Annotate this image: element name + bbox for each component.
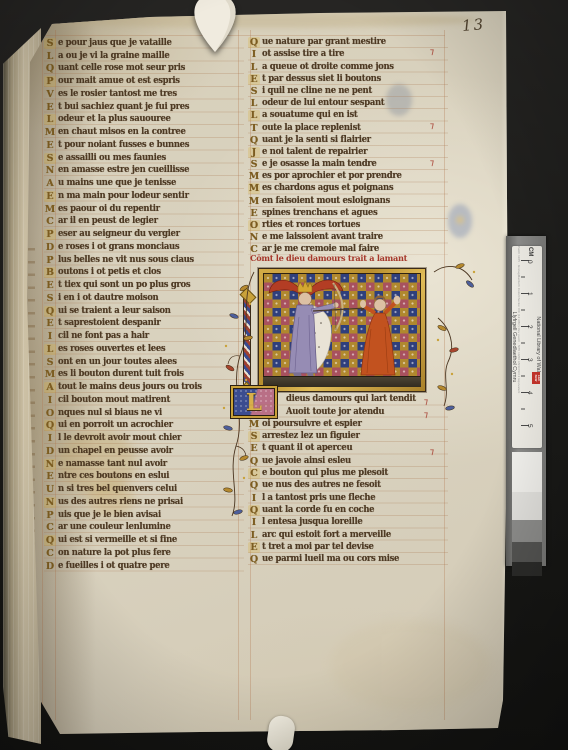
- line-text: e roses i ot grans monciaus: [58, 241, 179, 253]
- manuscript-line: Mes paour oi du repentir: [44, 202, 244, 215]
- manuscript-line: Ce bouton qui plus me plesoit: [248, 467, 448, 479]
- manuscript-line: Mes chardons agus et poignans: [248, 182, 448, 194]
- manuscript-line: Au mains une que je tenisse: [44, 176, 244, 189]
- line-text: ue parmi lueil ma ou cors mise: [262, 553, 399, 565]
- line-initial: Q: [44, 420, 56, 431]
- manuscript-line: Con nature la pot plus fere: [44, 546, 244, 559]
- line-initial: C: [44, 216, 56, 227]
- manuscript-line: De fueilles i ot quatre pere: [44, 559, 244, 572]
- manuscript-line: Men chaut misos en la contree: [44, 125, 244, 138]
- line-text: spines trenchans et agues: [262, 207, 377, 219]
- manuscript-line: Orties et ronces tortues: [248, 219, 448, 231]
- line-text: uis que je le bien avisai: [58, 509, 161, 521]
- stain: [46, 12, 476, 28]
- line-text: e bouton qui plus me plesoit: [262, 467, 388, 479]
- manuscript-line: Si quil ne cline ne ne pent: [248, 85, 448, 97]
- line-text: nques nul si biaus ne vi: [58, 407, 162, 419]
- line-initial: P: [44, 229, 56, 240]
- manuscript-line: Se je osasse la main tendre: [248, 158, 448, 170]
- line-text: odeur et la plus sauouree: [58, 114, 171, 126]
- institution-name-cy: Llyfrgell Genedlaethol Cymru: [510, 246, 517, 448]
- ground-strip: [263, 376, 421, 387]
- line-initial: S: [44, 38, 56, 49]
- line-text: es por aprochier et por prendre: [262, 171, 402, 183]
- line-initial: E: [248, 208, 260, 219]
- grayscale-patch: [512, 542, 542, 562]
- line-initial: S: [44, 153, 56, 164]
- manuscript-line: Quant je la senti si flairier: [248, 134, 448, 146]
- line-text: n ma main pour lodeur sentir: [58, 190, 189, 202]
- line-initial: Q: [248, 37, 260, 48]
- manuscript-line: Que nus des autres ne fesoit: [248, 479, 448, 491]
- line-text: t pour noiant fusses e bunnes: [58, 139, 189, 151]
- manuscript-line: Mes por aprochier et por prendre: [248, 170, 448, 182]
- line-text: Auoit toute jor atendu: [286, 406, 384, 418]
- line-text: en amasse estre jen cueillisse: [58, 165, 189, 177]
- line-initial: Q: [248, 480, 260, 491]
- line-initial: S: [44, 293, 56, 304]
- line-initial: Q: [44, 306, 56, 317]
- line-initial: S: [248, 86, 260, 97]
- line-text: l a tantost pris une fleche: [262, 492, 375, 504]
- rubric-line: Cōmt le dieu damours trait a lamant: [250, 254, 436, 264]
- manuscript-line: Toute la place replenist: [248, 121, 448, 133]
- line-initial: D: [44, 561, 56, 572]
- line-initial: I: [248, 49, 260, 60]
- manuscript-line: Espines trenchans et agues: [248, 207, 448, 219]
- line-initial: L: [44, 114, 56, 125]
- line-initial: Q: [44, 63, 56, 74]
- manuscript-line: Il a tantost pris une fleche: [248, 491, 448, 503]
- manuscript-line: Et pour noiant fusses e bunnes: [44, 138, 244, 151]
- line-text: cil bouton mout matirent: [58, 394, 170, 406]
- line-initial: P: [44, 255, 56, 266]
- line-text: e je osasse la main tendre: [262, 158, 376, 170]
- line-text: a souatume qui en ist: [262, 110, 357, 122]
- line-text: rties et ronces tortues: [262, 219, 360, 231]
- ruler-tick-label: 0: [526, 260, 533, 264]
- manuscript-line: La queue ot droite comme jons: [248, 60, 448, 72]
- show-through-initial: [448, 204, 472, 238]
- manuscript-line: Iot assise tire a tire: [248, 48, 448, 60]
- line-initial: E: [248, 542, 260, 553]
- line-text: t tret a moi par tel devise: [262, 541, 374, 553]
- line-text: ui est si vermeille et si fine: [58, 534, 177, 546]
- line-text: our mait amue ot est espris: [58, 75, 180, 87]
- line-text: e noi talent de repairier: [262, 146, 367, 158]
- manuscript-line: Auoit toute jor atendu: [248, 405, 448, 417]
- text-column-right-lower: dieus damours qui lart tenditAuoit toute…: [248, 393, 448, 565]
- line-text: en faisoient mout esloignans: [262, 195, 390, 207]
- manuscript-line: dieus damours qui lart tendit: [248, 393, 448, 405]
- ruler-unit-label: CM: [527, 247, 533, 256]
- manuscript-line: Lodeur et la plus sauouree: [44, 113, 244, 126]
- line-filler-mark: ⁊: [424, 396, 428, 406]
- line-initial: C: [44, 548, 56, 559]
- grayscale-patch: [512, 562, 542, 576]
- ruling-line: [42, 30, 43, 720]
- line-initial: E: [44, 191, 56, 202]
- line-text: uant je la senti si flairier: [262, 134, 371, 146]
- line-initial: B: [44, 267, 56, 278]
- line-initial: E: [248, 443, 260, 454]
- manuscript-line: Et bui sachiez quant je fui pres: [44, 100, 244, 113]
- line-text: arrestez lez un figuier: [262, 431, 360, 443]
- line-text: l entesa jusqua loreille: [262, 517, 362, 529]
- text-column-right-upper: Que nature par grant mestireIot assise t…: [248, 36, 448, 255]
- line-initial: Q: [248, 554, 260, 565]
- manuscript-line: Se assailli ou mes faunies: [44, 151, 244, 164]
- line-text: es le rosier tantost me tres: [58, 88, 177, 100]
- line-initial: I: [44, 395, 56, 406]
- line-text: t quant il ot aperceu: [262, 443, 352, 455]
- line-text: i en i ot dautre moison: [58, 292, 158, 304]
- stain: [330, 620, 490, 710]
- line-initial: U: [44, 484, 56, 495]
- line-text: e me laissoient avant traire: [262, 232, 383, 244]
- line-text: oute la place replenist: [262, 122, 361, 134]
- line-initial: L: [44, 344, 56, 355]
- line-initial: L: [248, 62, 260, 73]
- line-initial: S: [248, 159, 260, 170]
- ruler: National Library of Wales LGC NLW CM 0 1…: [504, 236, 548, 578]
- line-initial: L: [248, 110, 260, 121]
- line-initial: Q: [248, 135, 260, 146]
- line-initial: E: [44, 471, 56, 482]
- line-text: es li bouton durent tuit frois: [58, 369, 184, 381]
- line-text: e assailli ou mes faunies: [58, 152, 166, 164]
- line-initial: C: [44, 522, 56, 533]
- line-text: n si tres bel quenvers celui: [58, 483, 177, 495]
- line-initial: M: [248, 183, 260, 194]
- manuscript-line: Et quant il ot aperceu: [248, 442, 448, 454]
- line-text: arc qui estoit fort a merveille: [262, 529, 391, 541]
- line-text: t par dessus siet li boutons: [262, 73, 381, 85]
- line-text: es paour oi du repentir: [58, 203, 160, 215]
- line-initial: L: [248, 530, 260, 541]
- line-initial: T: [248, 123, 260, 134]
- line-filler-mark: ⁊: [430, 120, 434, 130]
- line-text: t saprestoient despanir: [58, 318, 160, 330]
- manuscript-line: Moi poursuivre et espier: [248, 418, 448, 430]
- manuscript-line: Larc qui estoit fort a merveille: [248, 528, 448, 540]
- manuscript-line: Nen amasse estre jen cueillisse: [44, 164, 244, 177]
- crown-icon: [298, 281, 312, 292]
- manuscript-line: Ne me laissoient avant traire: [248, 231, 448, 243]
- line-initial: N: [44, 497, 56, 508]
- line-text: odeur de lui entour sespant: [262, 97, 384, 109]
- line-initial: A: [44, 382, 56, 393]
- line-initial: I: [248, 517, 260, 528]
- miniature: [258, 268, 426, 392]
- miniature-figures: [263, 273, 423, 387]
- line-initial: M: [248, 196, 260, 207]
- manuscript-line: Il entesa jusqua loreille: [248, 516, 448, 528]
- line-filler-mark: ⁊: [430, 446, 434, 456]
- line-initial: J: [248, 147, 260, 158]
- bone-folder-tool: [188, 0, 242, 52]
- line-text: eser au seigneur du vergier: [58, 228, 180, 240]
- nlw-logo: LGC NLW: [533, 372, 541, 384]
- line-filler-mark: ⁊: [430, 46, 434, 56]
- manuscript-line: Sarrestez lez un figuier: [248, 430, 448, 442]
- line-initial: N: [44, 459, 56, 470]
- line-text: uant celle rose mot seur pris: [58, 63, 185, 75]
- line-initial: E: [44, 140, 56, 151]
- line-text: es roses ouvertes et lees: [58, 343, 165, 355]
- line-initial: M: [44, 127, 56, 138]
- line-initial: N: [248, 232, 260, 243]
- line-text: cil ne font pas a hair: [58, 330, 149, 342]
- manuscript-line: Quant la corde fu en coche: [248, 504, 448, 516]
- line-initial: O: [44, 408, 56, 419]
- ruler-tick-label: 3: [526, 358, 533, 362]
- line-text: i quil ne cline ne ne pent: [262, 85, 372, 97]
- line-initial: P: [44, 510, 56, 521]
- line-initial: I: [248, 493, 260, 504]
- line-initial: M: [44, 204, 56, 215]
- line-text: a ou je vi la graine maille: [58, 50, 169, 62]
- manuscript-photograph: Se pour jaus que je vatailleLa ou je vi …: [0, 0, 568, 750]
- line-text: e pour jaus que je vataille: [58, 37, 172, 49]
- line-text: ui en porroit un acrochier: [58, 420, 173, 432]
- line-initial: A: [44, 178, 56, 189]
- manuscript-line: En ma main pour lodeur sentir: [44, 189, 244, 202]
- line-initial: L: [248, 98, 260, 109]
- line-initial: I: [44, 331, 56, 342]
- line-text: oi poursuivre et espier: [262, 418, 362, 430]
- god-of-love-figure: [269, 280, 367, 383]
- lover-figure: [360, 295, 400, 375]
- line-initial: V: [44, 89, 56, 100]
- line-initial: S: [44, 357, 56, 368]
- line-initial: E: [44, 318, 56, 329]
- grayscale-patch: [512, 492, 542, 520]
- manuscript-line: Plus belles ne vit nus sous ciaus: [44, 253, 244, 266]
- line-text: tout le mains deus jours ou trois: [58, 381, 202, 393]
- line-text: us des autres riens ne prisai: [58, 496, 183, 508]
- line-text: ar il en peust de legier: [58, 216, 158, 228]
- manuscript-line: Qui est si vermeille et si fine: [44, 533, 244, 546]
- page-weight: [266, 714, 297, 750]
- manuscript-line: Et tret a moi par tel devise: [248, 541, 448, 553]
- line-initial: L: [44, 51, 56, 62]
- line-text: es chardons agus et poignans: [262, 183, 393, 195]
- manuscript-line: Car il en peust de legier: [44, 215, 244, 228]
- line-initial: E: [248, 74, 260, 85]
- line-text: un chapel en peusse avoir: [58, 445, 173, 457]
- manuscript-line: Que parmi lueil ma ou cors mise: [248, 553, 448, 565]
- manuscript-line: Quant celle rose mot seur pris: [44, 62, 244, 75]
- line-initial: Q: [248, 505, 260, 516]
- ruler-tick-label: 4: [526, 391, 533, 395]
- line-text: l le devroit avoir mout chier: [58, 432, 181, 444]
- manuscript-line: De roses i ot grans monciaus: [44, 240, 244, 253]
- ruler-scale: CM 0 1 2 3 4 5: [521, 246, 533, 448]
- line-text: e fueilles i ot quatre pere: [58, 560, 169, 572]
- line-initial: I: [44, 433, 56, 444]
- line-text: ue javoie ainsi esleu: [262, 455, 351, 467]
- line-initial: P: [44, 76, 56, 87]
- manuscript-line: Que javoie ainsi esleu: [248, 454, 448, 466]
- line-text: ui se traient a leur saison: [58, 305, 171, 317]
- ruler-tick-label: 5: [526, 424, 533, 428]
- manuscript-line: La souatume qui en ist: [248, 109, 448, 121]
- ruler-tick-label: 1: [526, 292, 533, 296]
- line-initial: E: [44, 280, 56, 291]
- line-text: ue nature par grant mestire: [262, 37, 386, 49]
- manuscript-line: Que nature par grant mestire: [248, 36, 448, 48]
- manuscript-line: Peser au seigneur du vergier: [44, 227, 244, 240]
- line-text: ont en un jour toutes alees: [58, 356, 177, 368]
- line-text: ntre ces boutons en eslui: [58, 471, 169, 483]
- line-text: e namasse tant nul avoir: [58, 458, 167, 470]
- line-initial: D: [44, 242, 56, 253]
- line-initial: N: [44, 165, 56, 176]
- manuscript-line: Pour mait amue ot est espris: [44, 74, 244, 87]
- line-text: dieus damours qui lart tendit: [286, 394, 416, 406]
- manuscript-line: Men faisoient mout esloignans: [248, 194, 448, 206]
- line-text: on nature la pot plus fere: [58, 547, 171, 559]
- grayscale-patches: [512, 452, 542, 576]
- grayscale-patch: [512, 520, 542, 542]
- line-initial: D: [44, 446, 56, 457]
- line-text: lus belles ne vit nus sous ciaus: [58, 254, 194, 266]
- line-text: ot assise tire a tire: [262, 49, 344, 61]
- line-initial: M: [248, 171, 260, 182]
- line-text: outons i ot petis et clos: [58, 267, 161, 279]
- line-text: a queue ot droite comme jons: [262, 61, 394, 73]
- parchment-page: Se pour jaus que je vatailleLa ou je vi …: [0, 0, 568, 750]
- line-initial: O: [248, 220, 260, 231]
- line-filler-mark: ⁊: [424, 409, 428, 419]
- line-filler-mark: ⁊: [430, 157, 434, 167]
- manuscript-line: Lodeur de lui entour sespant: [248, 97, 448, 109]
- line-initial: M: [44, 369, 56, 380]
- ruler-label: National Library of Wales LGC NLW CM 0 1…: [512, 246, 542, 448]
- line-text: t tiex qui sont un po plus gros: [58, 279, 190, 291]
- line-text: u mains une que je tenisse: [58, 177, 176, 189]
- institution-name-en: National Library of Wales: [535, 316, 541, 377]
- line-text: ar une couleur lenlumine: [58, 522, 171, 534]
- ruler-tick-label: 2: [526, 325, 533, 329]
- line-initial: M: [248, 419, 260, 430]
- line-text: en chaut misos en la contree: [58, 126, 186, 138]
- line-initial: C: [248, 468, 260, 479]
- manuscript-line: Je noi talent de repairier: [248, 146, 448, 158]
- line-initial: Q: [248, 456, 260, 467]
- line-initial: E: [44, 102, 56, 113]
- line-text: ue nus des autres ne fesoit: [262, 480, 381, 492]
- line-text: uant la corde fu en coche: [262, 504, 374, 516]
- manuscript-line: Car une couleur lenlumine: [44, 521, 244, 534]
- line-initial: Q: [44, 535, 56, 546]
- manuscript-line: Ves le rosier tantost me tres: [44, 87, 244, 100]
- manuscript-line: Et par dessus siet li boutons: [248, 73, 448, 85]
- grayscale-patch: [512, 452, 542, 492]
- line-text: t bui sachiez quant je fui pres: [58, 101, 189, 113]
- line-initial: S: [248, 431, 260, 442]
- folio-number: 13: [461, 15, 486, 35]
